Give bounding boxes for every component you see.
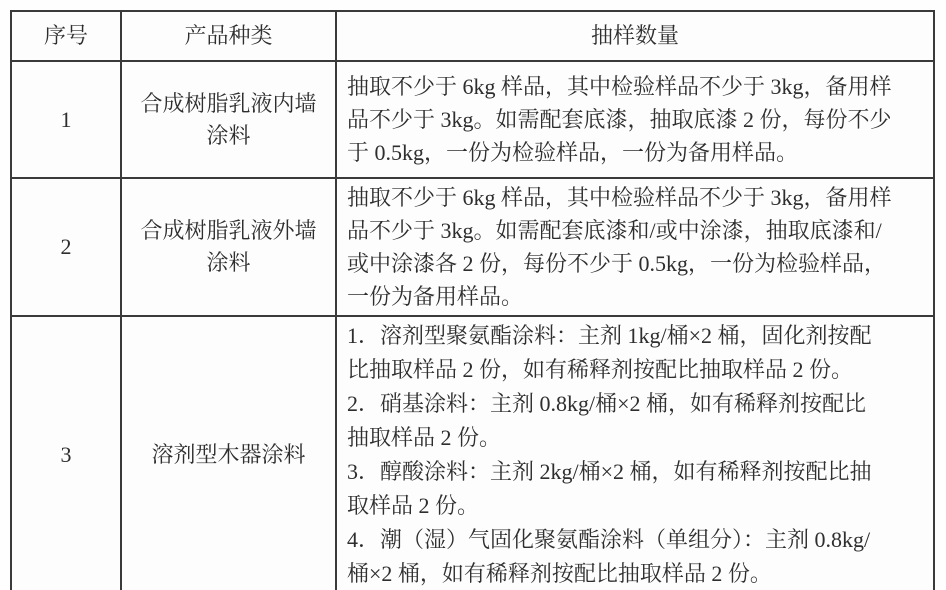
table-row: 3 溶剂型木器涂料 1．溶剂型聚氨酯涂料：主剂 1kg/桶×2 桶，固化剂按配 …: [11, 316, 934, 590]
sampling-quantity-cell: 抽取不少于 6kg 样品，其中检验样品不少于 3kg，备用样 品不少于 3kg。…: [336, 178, 934, 316]
col-header-product-type: 产品种类: [121, 11, 336, 61]
table-row: 1 合成树脂乳液内墙 涂料 抽取不少于 6kg 样品，其中检验样品不少于 3kg…: [11, 61, 934, 178]
document-page: 序号 产品种类 抽样数量 1 合成树脂乳液内墙 涂料 抽取不少于 6kg 样品，…: [0, 0, 946, 590]
product-type-cell: 溶剂型木器涂料: [121, 316, 336, 590]
product-type-cell: 合成树脂乳液内墙 涂料: [121, 61, 336, 178]
sampling-quantity-cell: 抽取不少于 6kg 样品，其中检验样品不少于 3kg，备用样 品不少于 3kg。…: [336, 61, 934, 178]
col-header-serial-no: 序号: [11, 11, 121, 61]
table-row: 2 合成树脂乳液外墙 涂料 抽取不少于 6kg 样品，其中检验样品不少于 3kg…: [11, 178, 934, 316]
product-type-cell: 合成树脂乳液外墙 涂料: [121, 178, 336, 316]
serial-no-cell: 1: [11, 61, 121, 178]
header-row: 序号 产品种类 抽样数量: [11, 11, 934, 61]
col-header-sampling-quantity: 抽样数量: [336, 11, 934, 61]
sampling-quantity-cell: 1．溶剂型聚氨酯涂料：主剂 1kg/桶×2 桶，固化剂按配 比抽取样品 2 份，…: [336, 316, 934, 590]
serial-no-cell: 2: [11, 178, 121, 316]
sampling-table: 序号 产品种类 抽样数量 1 合成树脂乳液内墙 涂料 抽取不少于 6kg 样品，…: [10, 10, 935, 590]
serial-no-cell: 3: [11, 316, 121, 590]
